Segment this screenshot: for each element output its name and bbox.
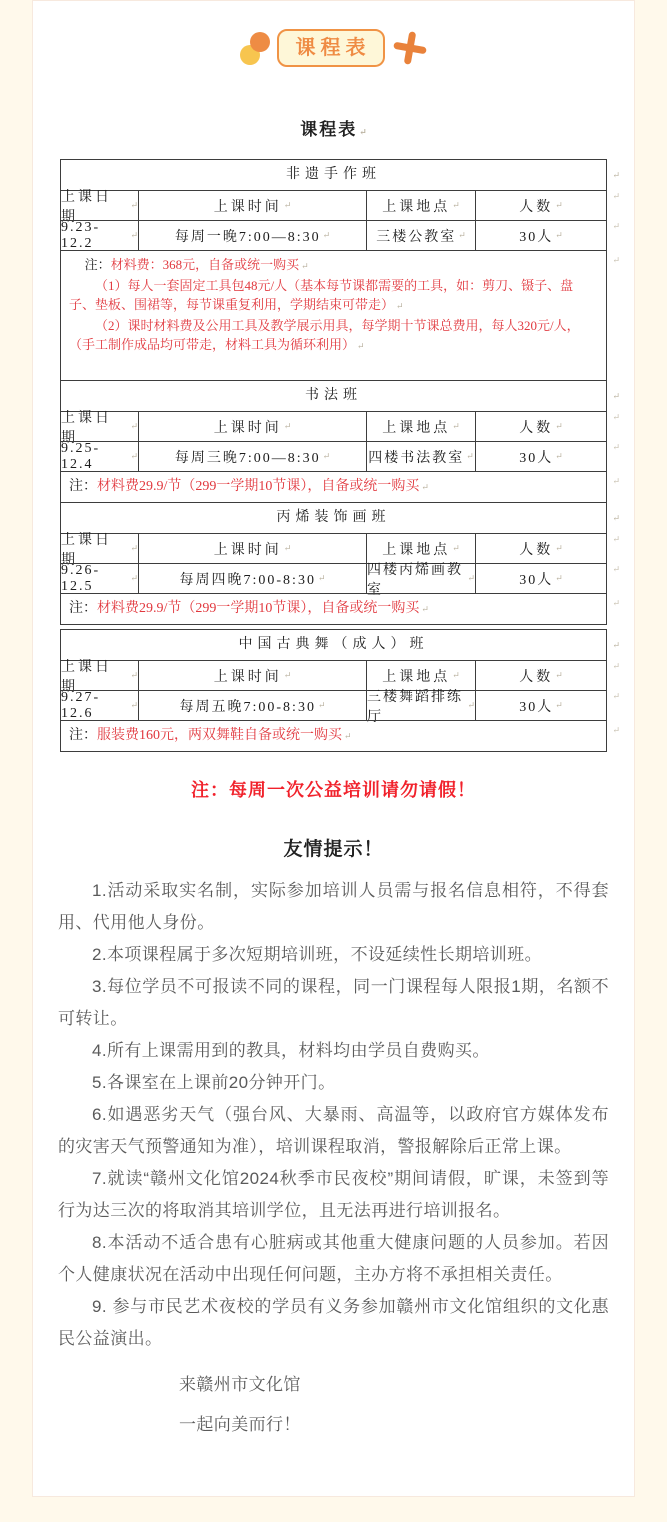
header-badge-row: 课程表	[33, 25, 634, 71]
decoration-circles-icon	[240, 32, 270, 65]
col-header-time: 上课时间	[139, 412, 367, 441]
note-label: 注：	[69, 479, 97, 494]
cell-location: 四楼书法教室	[367, 442, 476, 471]
cell-count: 30人	[476, 691, 606, 720]
schedule-badge: 课程表	[277, 29, 385, 67]
table-row: 9.23-12.2 每周一晚7:00—8:30 三楼公教室 30人	[61, 220, 606, 250]
tip-item: 4.所有上课需用到的教具，材料均由学员自费购买。	[58, 1035, 609, 1067]
cell-date: 9.25-12.4	[61, 442, 139, 471]
class-title: 中国古典舞（成人）班	[61, 630, 606, 660]
cell-location: 三楼舞蹈排练厅	[367, 691, 476, 720]
col-header-date: 上课日期	[61, 191, 139, 220]
cell-count: 30人	[476, 564, 606, 593]
class-title: 书法班	[61, 381, 606, 411]
orange-circle-icon	[250, 32, 270, 52]
cell-date: 9.26-12.5	[61, 564, 139, 593]
cell-time: 每周一晚7:00—8:30	[139, 221, 367, 250]
class-title: 丙烯装饰画班	[61, 503, 606, 533]
col-header-location: 上课地点	[367, 191, 476, 220]
table-row: 9.27-12.6 每周五晚7:00-8:30 三楼舞蹈排练厅 30人	[61, 690, 606, 720]
table-header-row: 上课日期 上课时间 上课地点 人数	[61, 533, 606, 563]
col-header-count: 人数	[476, 191, 606, 220]
col-header-count: 人数	[476, 661, 606, 690]
col-header-time: 上课时间	[139, 191, 367, 220]
tips-list: 1.活动采取实名制，实际参加培训人员需与报名信息相符，不得套用、代用他人身份。 …	[58, 875, 609, 1441]
col-header-time: 上课时间	[139, 534, 367, 563]
cell-date: 9.23-12.2	[61, 221, 139, 250]
note-line: （1）每人一套固定工具包48元/人（基本每节课都需要的工具，如：剪刀、镊子、盘子…	[69, 278, 573, 312]
table-note: 注：服装费160元，两双舞鞋自备或统一购买	[61, 720, 606, 751]
course-table-acrylic-painting: 丙烯装饰画班 上课日期 上课时间 上课地点 人数 9.26-12.5 每周四晚7…	[60, 503, 607, 625]
cell-time: 每周三晚7:00—8:30	[139, 442, 367, 471]
table-row: 9.26-12.5 每周四晚7:00-8:30 四楼丙烯画教室 30人	[61, 563, 606, 593]
col-header-time: 上课时间	[139, 661, 367, 690]
table-header-row: 上课日期 上课时间 上课地点 人数	[61, 411, 606, 441]
note-line: 材料费29.9/节（299一学期10节课），自备或统一购买	[97, 479, 429, 494]
course-tables: 非遗手作班 上课日期 上课时间 上课地点 人数 9.23-12.2 每周一晚7:…	[33, 159, 634, 752]
tip-item: 1.活动采取实名制，实际参加培训人员需与报名信息相符，不得套用、代用他人身份。	[58, 875, 609, 939]
note-label: 注：	[69, 601, 97, 616]
col-header-location: 上课地点	[367, 412, 476, 441]
cell-time: 每周五晚7:00-8:30	[139, 691, 367, 720]
col-header-date: 上课日期	[61, 412, 139, 441]
plus-icon	[392, 30, 428, 66]
table-note: 注：材料费：368元，自备或统一购买 （1）每人一套固定工具包48元/人（基本每…	[61, 250, 606, 380]
cell-location: 四楼丙烯画教室	[367, 564, 476, 593]
tip-item: 9. 参与市民艺术夜校的学员有义务参加赣州市文化馆组织的文化惠民公益演出。	[58, 1291, 609, 1355]
col-header-date: 上课日期	[61, 661, 139, 690]
cell-location: 三楼公教室	[367, 221, 476, 250]
cell-count: 30人	[476, 442, 606, 471]
article-card: 课程表 课程表 非遗手作班 上课日期 上课时间 上课地点 人数 9.23-12.…	[32, 0, 635, 1497]
note-line: 服装费160元，两双舞鞋自备或统一购买	[97, 728, 352, 743]
tip-item: 5.各课室在上课前20分钟开门。	[58, 1067, 609, 1099]
table-note: 注：材料费29.9/节（299一学期10节课），自备或统一购买	[61, 471, 606, 502]
tip-item: 6.如遇恶劣天气（强台风、大暴雨、高温等，以政府官方媒体发布的灾害天气预警通知为…	[58, 1099, 609, 1163]
course-table-classical-dance: 中国古典舞（成人）班 上课日期 上课时间 上课地点 人数 9.27-12.6 每…	[60, 629, 607, 752]
tip-item: 2.本项课程属于多次短期培训班，不设延续性长期培训班。	[58, 939, 609, 971]
page-title: 课程表	[33, 115, 634, 140]
tip-item: 3.每位学员不可报读不同的课程，同一门课程每人限报1期，名额不可转让。	[58, 971, 609, 1035]
note-line: （2）课时材料费及公用工具及教学展示用具，每学期十节课总费用，每人320元/人，…	[69, 318, 580, 352]
table-note: 注：材料费29.9/节（299一学期10节课），自备或统一购买	[61, 593, 606, 624]
leave-warning: 注：每周一次公益培训请勿请假！	[33, 776, 634, 802]
cell-date: 9.27-12.6	[61, 691, 139, 720]
note-label: 注：	[85, 257, 111, 272]
note-label: 注：	[69, 728, 97, 743]
col-header-date: 上课日期	[61, 534, 139, 563]
tip-item: 7.就读“赣州文化馆2024秋季市民夜校”期间请假，旷课，未签到等行为达三次的将…	[58, 1163, 609, 1227]
table-row: 9.25-12.4 每周三晚7:00—8:30 四楼书法教室 30人	[61, 441, 606, 471]
table-header-row: 上课日期 上课时间 上课地点 人数	[61, 660, 606, 690]
class-title: 非遗手作班	[61, 160, 606, 190]
col-header-count: 人数	[476, 412, 606, 441]
note-line: 材料费：368元，自备或统一购买	[111, 257, 309, 272]
tip-item: 8.本活动不适合患有心脏病或其他重大健康问题的人员参加。若因个人健康状况在活动中…	[58, 1227, 609, 1291]
note-line: 材料费29.9/节（299一学期10节课），自备或统一购买	[97, 601, 429, 616]
course-table-calligraphy: 书法班 上课日期 上课时间 上课地点 人数 9.25-12.4 每周三晚7:00…	[60, 381, 607, 503]
schedule-badge-label: 课程表	[296, 37, 371, 59]
table-header-row: 上课日期 上课时间 上课地点 人数	[61, 190, 606, 220]
cell-time: 每周四晚7:00-8:30	[139, 564, 367, 593]
tips-title: 友情提示！	[33, 834, 634, 861]
col-header-count: 人数	[476, 534, 606, 563]
cell-count: 30人	[476, 221, 606, 250]
closing-line: 一起向美而行！	[179, 1409, 609, 1441]
course-table-handcraft: 非遗手作班 上课日期 上课时间 上课地点 人数 9.23-12.2 每周一晚7:…	[60, 159, 607, 381]
closing-line: 来赣州市文化馆	[179, 1369, 609, 1401]
